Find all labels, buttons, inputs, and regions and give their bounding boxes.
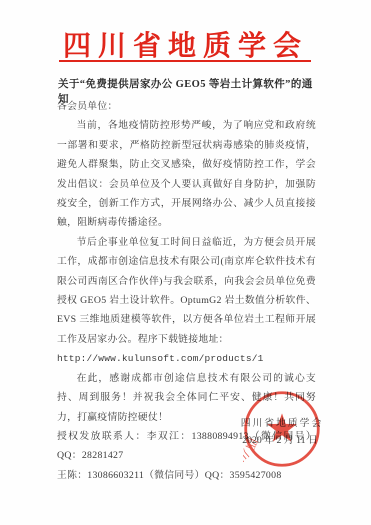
document-title: 四川省地质学会 xyxy=(0,24,371,64)
salutation-line: 各会员单位： xyxy=(57,97,316,116)
paragraph-epidemic-prevention: 当前，各地疫情防控形势严峻，为了响应党和政府统一部署和要求，严格防控新型冠状病毒… xyxy=(57,116,316,232)
download-url-link[interactable]: http://www.kulunsoft.com/products/1 xyxy=(57,349,316,368)
official-red-seal: 四川省地质学会 xyxy=(243,390,321,468)
contact-line-2: 王陈：13086603211（微信同号）QQ：3595427008 xyxy=(57,466,316,485)
seal-graphic: 四川省地质学会 xyxy=(243,390,321,468)
paragraph-software-authorization: 节后企事业单位复工时间日益临近，为方便会员开展工作，成都市创途信息技术有限公司(… xyxy=(57,233,316,349)
title-divider-rule xyxy=(59,60,311,62)
notice-document-page: 四川省地质学会 关于“免费提供居家办公 GEO5 等岩土计算软件”的通知 各会员… xyxy=(0,0,371,525)
seal-star-icon xyxy=(267,413,297,441)
